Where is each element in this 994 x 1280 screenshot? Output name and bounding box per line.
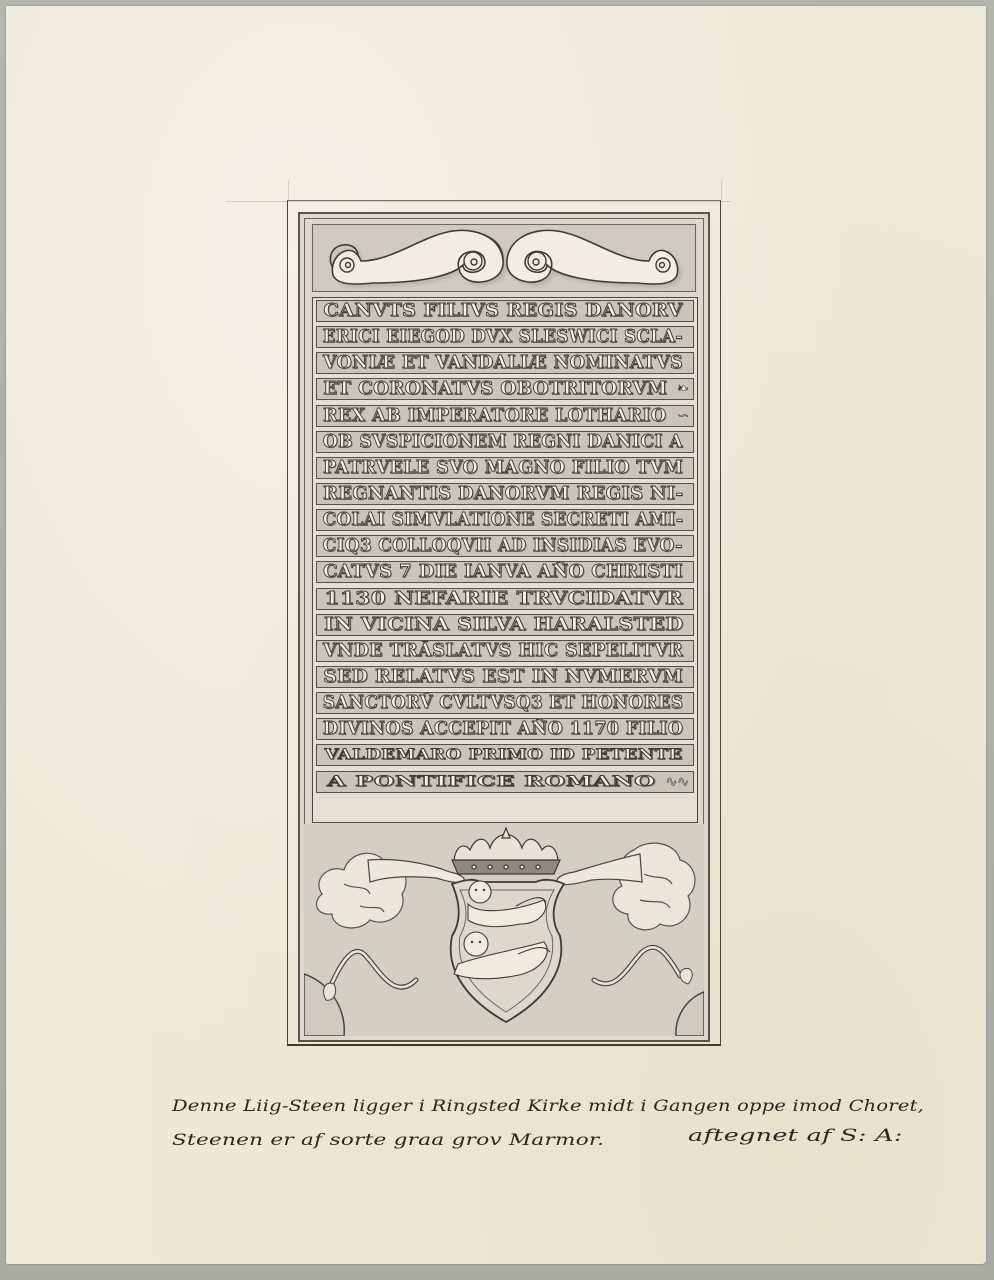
inscription-text: CIQ3 COLLOQVII AD INSIDIAS EVO- — [317, 536, 683, 556]
scroll-flourish-icon: ∿∿ — [666, 774, 689, 790]
double-volute-scroll-icon — [313, 225, 697, 291]
inscription-text: SANCTORV̄ CVLTVSQ3 ET HONORES — [317, 693, 683, 713]
inscription-text: CATVS 7 DIE IANVA AÑO CHRISTI — [317, 562, 683, 582]
corner-ornament-left — [304, 974, 344, 1036]
inscription-panel: CANVTS FILIVS REGIS DANORV ERICI EIEGOD … — [312, 297, 698, 823]
inscription-text: VNDE TRĀSLATVS HIC SEPELITVR — [317, 641, 683, 661]
inscription-line: CANVTS FILIVS REGIS DANORV — [316, 300, 694, 322]
coat-of-arms-panel — [304, 824, 704, 1036]
scroll-flourish-icon: ❧ — [677, 381, 689, 397]
inscription-text: REX AB IMPERATORE LOTHARIO — [317, 406, 667, 426]
inscription-text: ET CORONATVS OBOTRITORVM — [317, 379, 667, 399]
inscription-line: REX AB IMPERATORE LOTHARIO∽ — [316, 405, 694, 427]
inscription-line: ET CORONATVS OBOTRITORVM❧ — [316, 378, 694, 400]
tassel-right-icon — [680, 968, 692, 984]
cloud-right-icon — [613, 843, 695, 930]
inscription-text: COLAI SIMVLATIONE SECRETI AMI- — [317, 510, 683, 530]
inscription-line: ERICI EIEGOD DVX SLESWICI SCLA- — [316, 326, 694, 348]
hand-left-icon — [368, 860, 464, 883]
guide-line-right — [721, 180, 722, 200]
hand-right-icon — [557, 854, 642, 885]
royal-crown-icon — [452, 828, 560, 874]
inscription-text: ERICI EIEGOD DVX SLESWICI SCLA- — [317, 327, 683, 347]
inscription-line: A PONTIFICE ROMANO∿∿ — [316, 771, 694, 793]
inscription-text: OB SVSPICIONEM REGNI DANICI A — [317, 432, 683, 452]
caption-line-2: Steenen er af sorte graa grov Marmor. — [172, 1130, 604, 1149]
inscription-text: DIVINOS ACCEPIT AÑO 1170 FILIO — [317, 719, 683, 739]
caption-line-1: Denne Liig-Steen ligger i Ringsted Kirke… — [172, 1096, 924, 1115]
inscription-line: VNDE TRĀSLATVS HIC SEPELITVR — [316, 640, 694, 662]
caption-attribution: aftegnet af S: A: — [688, 1126, 903, 1146]
inscription-line: COLAI SIMVLATIONE SECRETI AMI- — [316, 509, 694, 531]
inscription-text: PATRVELE SVO MAGNO FILIO TVM — [317, 458, 683, 478]
guide-line-left — [288, 180, 289, 200]
inscription-text: SED RELATVS EST IN NVMERVM — [317, 667, 683, 687]
corner-ornament-right — [676, 992, 704, 1036]
inscription-line: 1130 NEFARIE TRVCIDATVR — [316, 588, 694, 610]
tassel-left-icon — [324, 983, 336, 1000]
inscription-line: IN VICINA SILVA HARALSTED — [316, 614, 694, 636]
inscription-text: REGNANTIS DANORVM REGIS NI- — [317, 484, 683, 504]
inscription-line: PATRVELE SVO MAGNO FILIO TVM — [316, 457, 694, 479]
inscription-line: REGNANTIS DANORVM REGIS NI- — [316, 483, 694, 505]
inscription-line: SED RELATVS EST IN NVMERVM — [316, 666, 694, 688]
scroll-flourish-icon: ∽ — [677, 408, 689, 424]
inscription-line: CATVS 7 DIE IANVA AÑO CHRISTI — [316, 561, 694, 583]
inscription-text: CANVTS FILIVS REGIS DANORV — [317, 301, 683, 321]
inscription-text: IN VICINA SILVA HARALSTED — [317, 615, 684, 635]
scroll-ornament-panel — [312, 224, 696, 292]
inscription-line: DIVINOS ACCEPIT AÑO 1170 FILIO — [316, 718, 694, 740]
inscription-line: SANCTORV̄ CVLTVSQ3 ET HONORES — [316, 692, 694, 714]
inscription-line: OB SVSPICIONEM REGNI DANICI A — [316, 431, 694, 453]
inscription-text: 1130 NEFARIE TRVCIDATVR — [317, 589, 683, 609]
shield-with-three-lions-icon — [451, 880, 564, 1022]
inscription-line: VALDEMARO PRIMO ID PETENTE — [316, 744, 694, 766]
inscription-text: VONIÆ ET VANDALIÆ NOMINATVS — [317, 353, 683, 373]
inscription-line: CIQ3 COLLOQVII AD INSIDIAS EVO- — [316, 535, 694, 557]
inscription-text: VALDEMARO PRIMO ID PETENTE — [317, 745, 683, 765]
inscription-line: VONIÆ ET VANDALIÆ NOMINATVS — [316, 352, 694, 374]
inscription-text: A PONTIFICE ROMANO — [317, 772, 656, 792]
